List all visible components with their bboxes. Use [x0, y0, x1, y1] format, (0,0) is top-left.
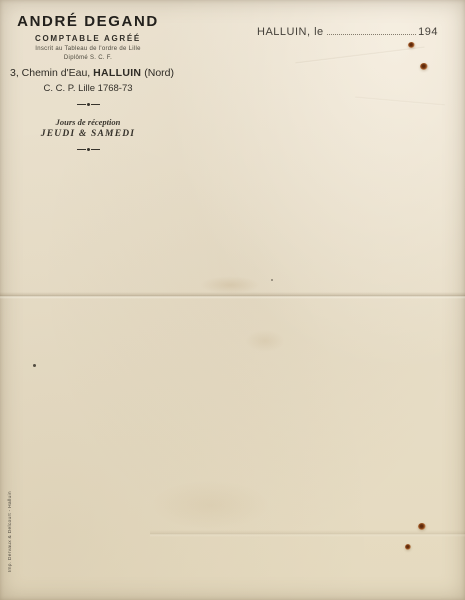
- dateline-place: HALLUIN, le: [257, 26, 324, 38]
- address-street: 3, Chemin d'Eau,: [10, 67, 90, 79]
- printer-imprint: Imp. Dervaux & Delcourt - Halluin: [8, 502, 16, 573]
- professional-title: COMPTABLE AGRÉÉ: [10, 34, 166, 43]
- reception-days: JEUDI & SAMEDI: [10, 129, 166, 139]
- paper-stain: [200, 276, 260, 294]
- rust-spot: [405, 544, 411, 550]
- divider-bar: [77, 149, 86, 150]
- address-region: (Nord): [144, 67, 174, 79]
- dateline-rule: [327, 34, 417, 35]
- divider-dot: [87, 103, 90, 106]
- diploma-line: Diplômé S. C. F.: [10, 55, 166, 61]
- principal-name: ANDRÉ DEGAND: [10, 13, 166, 30]
- divider-bar: [91, 104, 100, 105]
- paper-stain: [245, 330, 285, 352]
- ink-speck: [271, 279, 273, 281]
- address-line: 3, Chemin d'Eau, HALLUIN (Nord): [10, 67, 166, 79]
- dateline: HALLUIN, le 194: [257, 26, 438, 38]
- ccp-line: C. C. P. Lille 1768-73: [10, 83, 166, 94]
- dateline-year: 194: [418, 26, 438, 38]
- address-city: HALLUIN: [93, 67, 141, 79]
- paper-wrinkle: [355, 96, 445, 107]
- paper-stain: [150, 480, 270, 530]
- paper-wrinkle: [295, 46, 424, 65]
- reception-label: Jours de réception: [10, 117, 166, 127]
- divider-dot: [87, 148, 90, 151]
- fold-crease-bottom: [150, 530, 465, 537]
- ink-speck: [33, 364, 36, 367]
- letterhead-block: ANDRÉ DEGAND COMPTABLE AGRÉÉ Inscrit au …: [10, 13, 166, 151]
- ornament-divider-bottom: [10, 148, 166, 151]
- letter-page: ANDRÉ DEGAND COMPTABLE AGRÉÉ Inscrit au …: [0, 0, 465, 600]
- divider-bar: [77, 104, 86, 105]
- fold-crease-middle: [0, 292, 465, 299]
- rust-spot: [408, 42, 415, 48]
- rust-spot: [418, 523, 426, 530]
- ornament-divider-top: [10, 103, 166, 106]
- registration-line: Inscrit au Tableau de l'ordre de Lille: [10, 46, 166, 52]
- divider-bar: [91, 149, 100, 150]
- rust-spot: [420, 63, 428, 70]
